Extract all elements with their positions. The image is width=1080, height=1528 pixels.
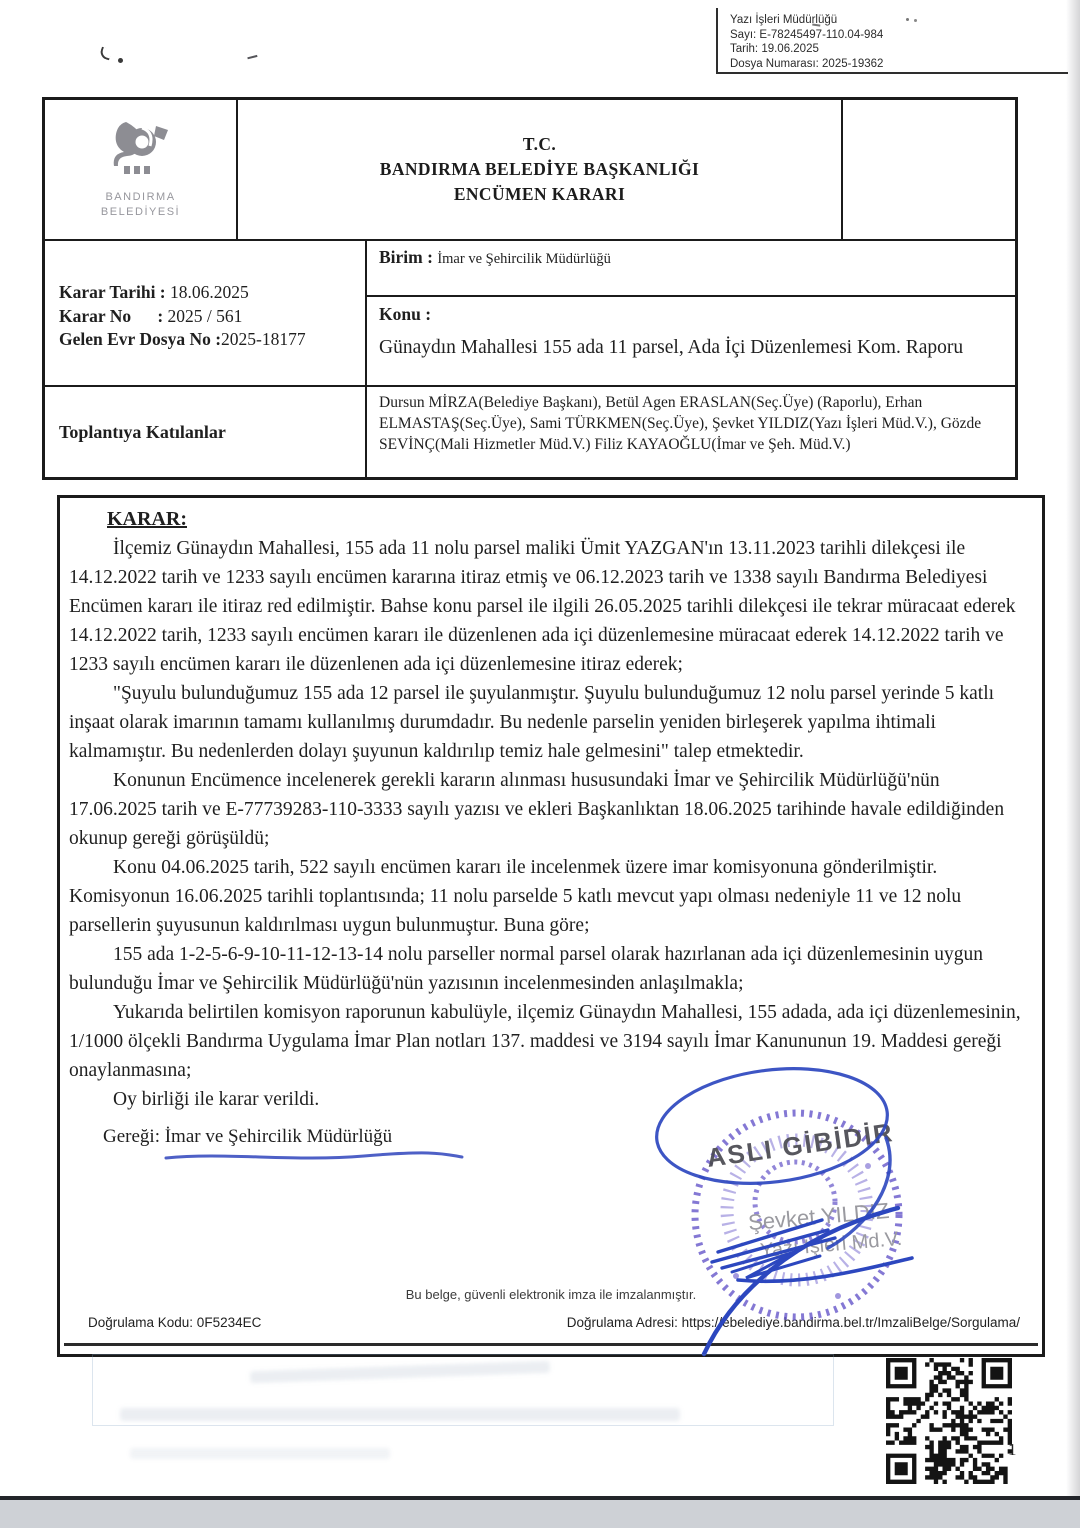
pen-underline xyxy=(164,1149,464,1163)
esign-note: Bu belge, güvenli elektronik imza ile im… xyxy=(60,1287,1042,1302)
logo-caption-line1: BANDIRMA xyxy=(45,191,236,204)
title-tc: T.C. xyxy=(238,132,841,157)
decision-paragraph: İlçemiz Günaydın Mahallesi, 155 ada 11 n… xyxy=(69,534,1032,679)
decision-paragraph: 155 ada 1-2-5-6-9-10-11-12-13-14 nolu pa… xyxy=(69,940,1032,998)
incoming-file-value: 2025-18177 xyxy=(221,329,306,349)
decision-paragraph: Konunun Encümence incelenerek gerekli ka… xyxy=(69,766,1032,853)
decision-paragraph: Konu 04.06.2025 tarih, 522 sayılı encüme… xyxy=(69,853,1032,940)
document-title-block: T.C. BANDIRMA BELEDİYE BAŞKANLIĞI ENCÜME… xyxy=(238,100,843,239)
verification-code: Doğrulama Kodu: 0F5234EC xyxy=(88,1315,261,1330)
ink-speck xyxy=(118,58,123,63)
decision-paragraph: Oy birliği ile karar verildi. xyxy=(69,1085,1032,1114)
subject-label: Konu : xyxy=(379,304,1007,325)
scan-edge-shade xyxy=(1066,0,1080,1528)
verification-address: Doğrulama Adresi: https://ebelediye.band… xyxy=(567,1315,1020,1330)
unit-value: İmar ve Şehircilik Müdürlüğü xyxy=(437,251,611,267)
decision-no-label: Karar No : xyxy=(59,306,168,326)
decision-paragraph: "Şuyulu bulunduğumuz 155 ada 12 parsel i… xyxy=(69,679,1032,766)
unit-separator: : xyxy=(423,247,438,267)
registry-department: Yazı İşleri Müdürlüğü xyxy=(730,13,1060,28)
letterhead-row: BANDIRMA BELEDİYESİ T.C. BANDIRMA BELEDİ… xyxy=(45,100,1015,241)
registry-info-box: Yazı İşleri Müdürlüğü Sayı: E-78245497-1… xyxy=(716,8,1068,74)
ink-speck xyxy=(247,55,258,64)
attendees-label: Toplantıya Katılanlar xyxy=(45,387,367,477)
title-municipality: BANDIRMA BELEDİYE BAŞKANLIĞI xyxy=(238,157,841,182)
meta-row: Karar Tarihi : 18.06.2025 Karar No : 202… xyxy=(45,241,1015,387)
decision-date-value: 18.06.2025 xyxy=(170,282,249,302)
registry-number: Sayı: E-78245497-110.04-984 xyxy=(730,28,1060,43)
decision-date-line: Karar Tarihi : 18.06.2025 xyxy=(59,281,365,305)
registry-file-number: Dosya Numarası: 2025-19362 xyxy=(730,57,1060,72)
ink-speck xyxy=(99,47,113,61)
bleed-through-smear xyxy=(120,1408,680,1421)
letterhead-empty-cell xyxy=(843,100,1015,239)
page-number: 1 xyxy=(1008,1440,1017,1460)
qr-code xyxy=(886,1358,1012,1484)
decision-paragraph: Yukarıda belirtilen komisyon raporunun k… xyxy=(69,998,1032,1085)
decision-heading: KARAR: xyxy=(107,508,1032,531)
municipality-logo-cell: BANDIRMA BELEDİYESİ xyxy=(45,100,238,239)
bottom-rule xyxy=(64,1343,1038,1346)
geregi-value: İmar ve Şehircilik Müdürlüğü xyxy=(165,1126,392,1147)
attendees-row: Toplantıya Katılanlar Dursun MİRZA(Beled… xyxy=(45,387,1015,477)
decision-no-value: 2025 / 561 xyxy=(168,306,243,326)
decision-date-label: Karar Tarihi : xyxy=(59,282,170,302)
scan-bottom-band xyxy=(0,1500,1080,1528)
bandirma-logo-icon xyxy=(104,116,178,184)
incoming-file-label: Gelen Evr Dosya No : xyxy=(59,329,221,349)
subject-value: Günaydın Mahallesi 155 ada 11 parsel, Ad… xyxy=(379,334,1007,361)
incoming-file-line: Gelen Evr Dosya No :2025-18177 xyxy=(59,328,365,352)
municipality-logo: BANDIRMA BELEDİYESİ xyxy=(45,116,236,219)
geregi-label: Gereği: xyxy=(103,1126,165,1147)
title-decision-type: ENCÜMEN KARARI xyxy=(238,182,841,207)
letterhead-table: BANDIRMA BELEDİYESİ T.C. BANDIRMA BELEDİ… xyxy=(42,97,1018,480)
subject-cell: Konu : Günaydın Mahallesi 155 ada 11 par… xyxy=(367,297,1015,385)
registry-date: Tarih: 19.06.2025 xyxy=(730,42,1060,57)
bleed-through-smear xyxy=(130,1448,390,1459)
unit-cell: Birim : İmar ve Şehircilik Müdürlüğü xyxy=(367,241,1015,297)
logo-caption-line2: BELEDİYESİ xyxy=(45,206,236,219)
decision-no-line: Karar No : 2025 / 561 xyxy=(59,305,365,329)
attendees-list: Dursun MİRZA(Belediye Başkanı), Betül Ag… xyxy=(367,387,1015,477)
verification-row: Doğrulama Kodu: 0F5234EC Doğrulama Adres… xyxy=(88,1315,1020,1330)
geregi-line: Gereği: İmar ve Şehircilik Müdürlüğü xyxy=(103,1126,392,1148)
decision-meta-cell: Karar Tarihi : 18.06.2025 Karar No : 202… xyxy=(45,241,367,385)
unit-label: Birim xyxy=(379,247,423,267)
